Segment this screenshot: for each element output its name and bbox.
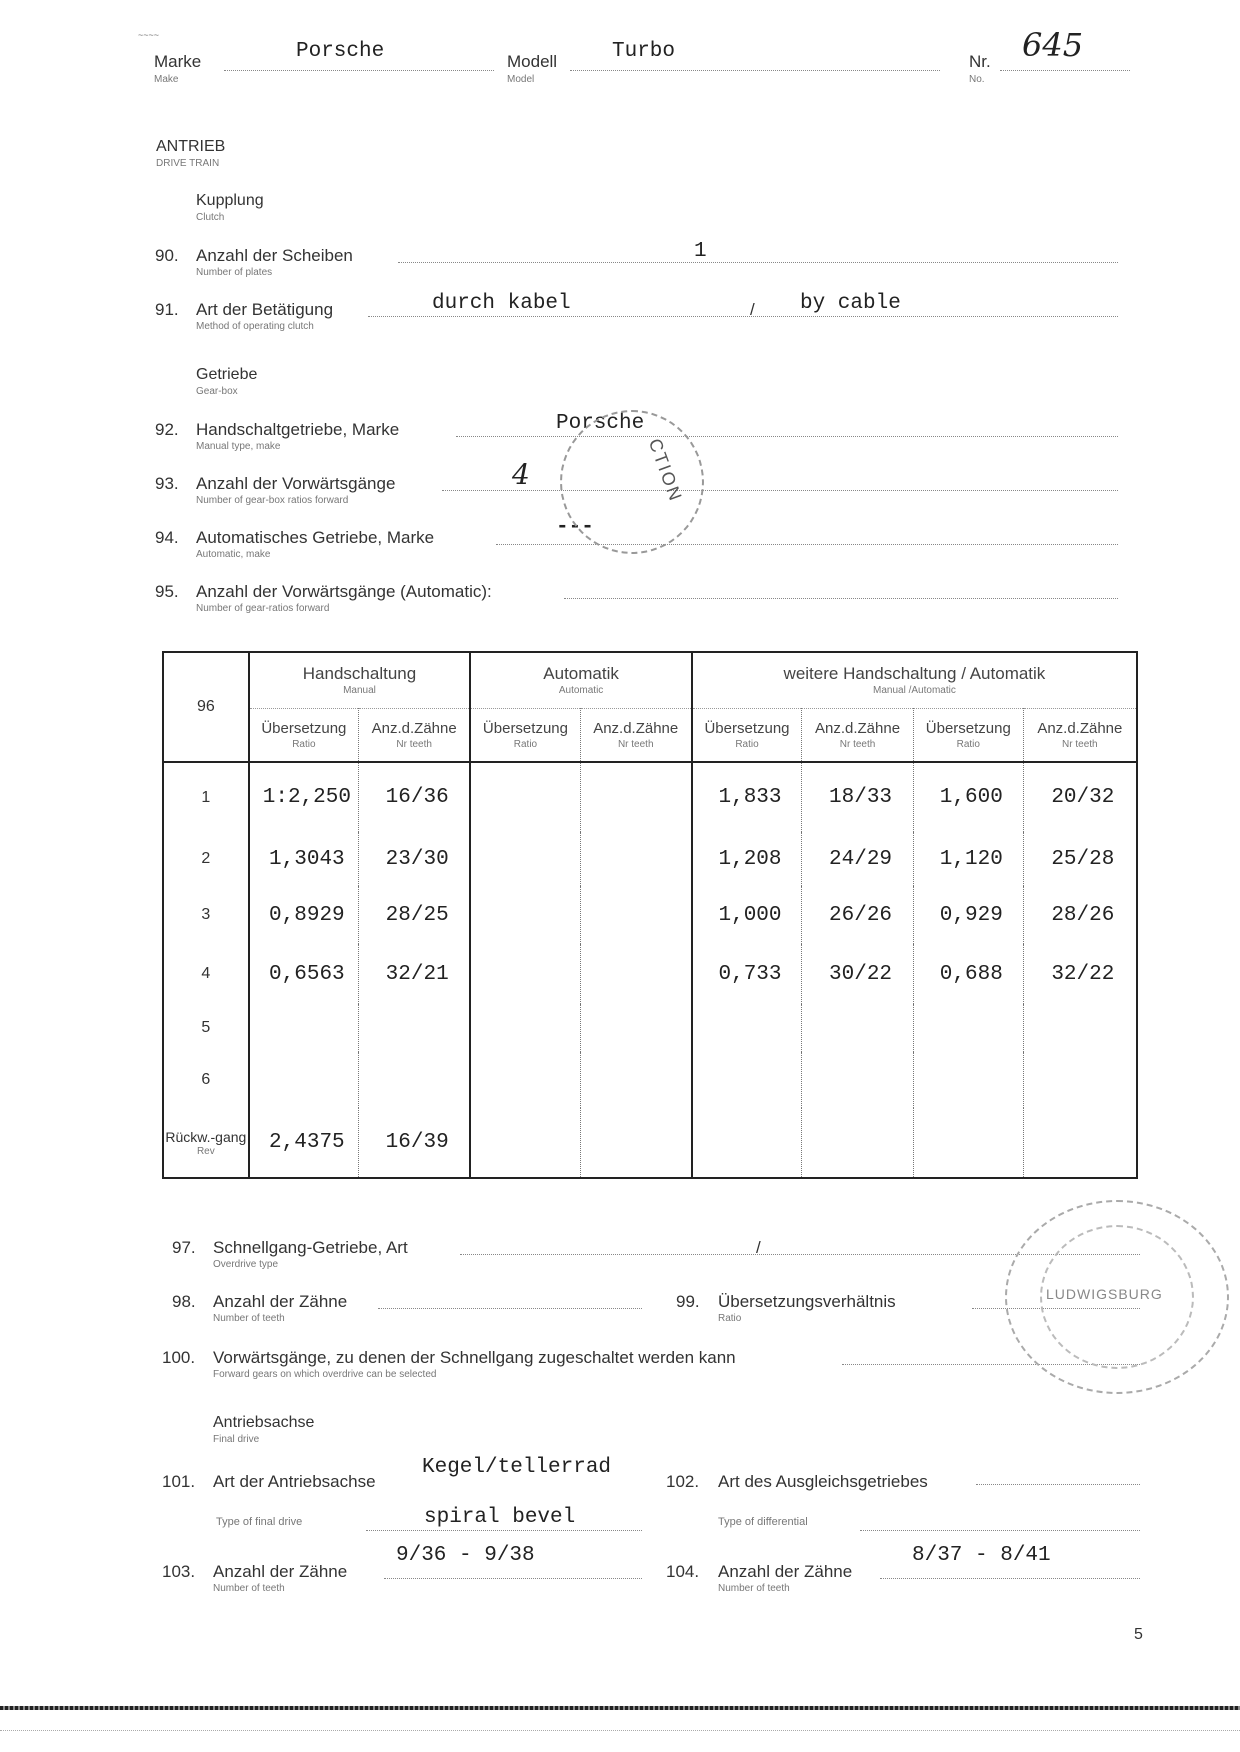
teeth-cell: 28/26 xyxy=(1023,886,1137,944)
ratio-cell: 0,6563 xyxy=(249,944,359,1004)
item-102-sublabel: Type of differential xyxy=(718,1516,808,1528)
group-automatic-label: Automatik xyxy=(543,664,619,683)
teeth-cell xyxy=(359,1004,471,1052)
group-header-automatic: Automatik Automatic xyxy=(470,652,692,708)
table-row: Rückw.-gangRev2,437516/39 xyxy=(163,1108,1137,1178)
item-104-number: 104. xyxy=(666,1562,699,1582)
make-label: Marke xyxy=(154,52,201,72)
item-98-label: Anzahl der Zähne xyxy=(213,1292,347,1312)
item-93-field-line xyxy=(442,490,1118,491)
item-101-value: Kegel/tellerrad xyxy=(422,1456,611,1479)
ratio-cell: 1,120 xyxy=(913,832,1023,886)
teeth-cell: 28/25 xyxy=(359,886,471,944)
item-104-sublabel: Number of teeth xyxy=(718,1583,790,1594)
gear-label: 1 xyxy=(163,762,249,832)
teeth-cell xyxy=(580,886,692,944)
item-99-label: Übersetzungsverhältnis xyxy=(718,1292,896,1312)
col-ratio-header: Übersetzung xyxy=(926,720,1011,737)
item-99-number: 99. xyxy=(676,1292,700,1312)
item-94-sublabel: Automatic, make xyxy=(196,549,270,560)
authority-stamp-text: LUDWIGSBURG xyxy=(1046,1286,1163,1302)
table-item-number: 96 xyxy=(163,652,249,762)
item-93-sublabel: Number of gear-box ratios forward xyxy=(196,495,348,506)
item-101-number: 101. xyxy=(162,1472,195,1492)
ratio-cell: 1,000 xyxy=(692,886,802,944)
item-101-label: Art der Antriebsachse xyxy=(213,1472,376,1492)
teeth-cell xyxy=(580,1108,692,1178)
ratio-cell: 0,929 xyxy=(913,886,1023,944)
ratio-cell: 0,688 xyxy=(913,944,1023,1004)
item-94-number: 94. xyxy=(155,528,179,548)
clutch-title: Kupplung xyxy=(196,192,264,210)
ratio-cell: 0,8929 xyxy=(249,886,359,944)
item-93-value: 4 xyxy=(512,458,530,491)
gear-label-text: 5 xyxy=(201,1019,210,1036)
gear-ratio-table: 96 Handschaltung Manual Automatik Automa… xyxy=(162,651,1138,1179)
make-field-line xyxy=(224,70,494,71)
table-row: 5 xyxy=(163,1004,1137,1052)
col-teeth-header: Anz.d.Zähne xyxy=(1037,720,1122,737)
number-sublabel: No. xyxy=(969,74,985,85)
model-sublabel: Model xyxy=(507,74,534,85)
item-103-value: 9/36 - 9/38 xyxy=(396,1544,535,1567)
number-field-line xyxy=(1000,70,1130,71)
number-label: Nr. xyxy=(969,52,991,72)
ratio-cell xyxy=(470,762,580,832)
ratio-cell xyxy=(692,1004,802,1052)
item-91-number: 91. xyxy=(155,300,179,320)
gear-label-text: 3 xyxy=(201,906,210,923)
teeth-cell: 18/33 xyxy=(802,762,914,832)
item-101-sublabel: Type of final drive xyxy=(216,1516,302,1528)
gear-label-text: 6 xyxy=(201,1071,210,1088)
item-103-number: 103. xyxy=(162,1562,195,1582)
item-102-field-line-2 xyxy=(860,1530,1140,1531)
teeth-cell xyxy=(580,832,692,886)
ratio-cell: 1,833 xyxy=(692,762,802,832)
gear-label-sub: Rev xyxy=(164,1146,248,1157)
col-teeth-sub: Nr teeth xyxy=(581,739,691,750)
gear-label-text: 2 xyxy=(201,850,210,867)
col-teeth-sub: Nr teeth xyxy=(359,739,469,750)
model-field-line xyxy=(570,70,940,71)
item-90-sublabel: Number of plates xyxy=(196,267,272,278)
col-ratio-sub: Ratio xyxy=(914,739,1023,750)
ratio-cell: 1,600 xyxy=(913,762,1023,832)
col-ratio-sub: Ratio xyxy=(471,739,579,750)
teeth-cell xyxy=(580,1004,692,1052)
ratio-cell xyxy=(470,1004,580,1052)
item-100-number: 100. xyxy=(162,1348,195,1368)
inspection-stamp xyxy=(560,410,704,554)
item-91-separator: / xyxy=(750,300,755,320)
ratio-cell xyxy=(249,1052,359,1108)
item-103-field-line xyxy=(384,1578,642,1579)
corner-mark: ~~~~ xyxy=(138,30,159,40)
col-ratio-header: Übersetzung xyxy=(261,720,346,737)
teeth-cell xyxy=(580,1052,692,1108)
item-93-number: 93. xyxy=(155,474,179,494)
gear-label: 3 xyxy=(163,886,249,944)
col-teeth-sub: Nr teeth xyxy=(802,739,913,750)
scan-edge-bar xyxy=(0,1706,1240,1710)
final-drive-title: Antriebsachse xyxy=(213,1414,314,1432)
ratio-cell xyxy=(470,1108,580,1178)
column-header-row: ÜbersetzungRatio Anz.d.ZähneNr teeth Übe… xyxy=(163,708,1137,762)
gearbox-title: Getriebe xyxy=(196,366,257,384)
item-98-sublabel: Number of teeth xyxy=(213,1313,285,1324)
item-90-number: 90. xyxy=(155,246,179,266)
model-label: Modell xyxy=(507,52,557,72)
teeth-cell: 25/28 xyxy=(1023,832,1137,886)
model-value: Turbo xyxy=(612,40,675,63)
item-97-label: Schnellgang-Getriebe, Art xyxy=(213,1238,408,1258)
group-header-manual: Handschaltung Manual xyxy=(249,652,471,708)
item-91-field-line xyxy=(368,316,1118,317)
scan-edge-line xyxy=(0,1730,1240,1731)
number-value: 645 xyxy=(1022,26,1083,64)
teeth-cell: 26/26 xyxy=(802,886,914,944)
gear-label: 6 xyxy=(163,1052,249,1108)
teeth-cell: 32/22 xyxy=(1023,944,1137,1004)
gear-label-text: Rückw.-gang xyxy=(165,1129,246,1145)
ratio-cell: 1,3043 xyxy=(249,832,359,886)
ratio-cell: 1,208 xyxy=(692,832,802,886)
section-title: ANTRIEB xyxy=(156,138,225,156)
gear-label: 4 xyxy=(163,944,249,1004)
col-teeth-header: Anz.d.Zähne xyxy=(815,720,900,737)
teeth-cell: 23/30 xyxy=(359,832,471,886)
ratio-cell xyxy=(913,1004,1023,1052)
gear-label-text: 1 xyxy=(201,789,210,806)
col-ratio-sub: Ratio xyxy=(693,739,801,750)
item-103-sublabel: Number of teeth xyxy=(213,1583,285,1594)
group-automatic-sublabel: Automatic xyxy=(471,685,691,696)
section-subtitle: DRIVE TRAIN xyxy=(156,158,219,169)
teeth-cell: 20/32 xyxy=(1023,762,1137,832)
teeth-cell xyxy=(1023,1108,1137,1178)
item-98-field-line xyxy=(378,1308,642,1309)
item-90-field-line xyxy=(398,262,1118,263)
teeth-cell: 16/36 xyxy=(359,762,471,832)
gear-label-text: 4 xyxy=(201,965,210,982)
clutch-subtitle: Clutch xyxy=(196,212,224,223)
table-row: 30,892928/251,00026/260,92928/26 xyxy=(163,886,1137,944)
item-90-label: Anzahl der Scheiben xyxy=(196,246,353,266)
teeth-cell xyxy=(1023,1004,1137,1052)
group-further-label: weitere Handschaltung / Automatik xyxy=(784,664,1046,683)
teeth-cell xyxy=(359,1052,471,1108)
item-91-label: Art der Betätigung xyxy=(196,300,333,320)
ratio-cell xyxy=(913,1108,1023,1178)
teeth-cell xyxy=(580,762,692,832)
teeth-cell: 30/22 xyxy=(802,944,914,1004)
gear-label: 2 xyxy=(163,832,249,886)
item-102-label: Art des Ausgleichsgetriebes xyxy=(718,1472,928,1492)
col-teeth-header: Anz.d.Zähne xyxy=(593,720,678,737)
item-97-sublabel: Overdrive type xyxy=(213,1259,278,1270)
item-95-field-line xyxy=(564,598,1118,599)
item-92-number: 92. xyxy=(155,420,179,440)
item-95-sublabel: Number of gear-ratios forward xyxy=(196,603,329,614)
col-ratio-sub: Ratio xyxy=(250,739,358,750)
group-further-sublabel: Manual /Automatic xyxy=(693,685,1136,696)
item-97-separator: / xyxy=(756,1238,761,1258)
ratio-cell xyxy=(470,944,580,1004)
item-104-field-line xyxy=(880,1578,1140,1579)
teeth-cell xyxy=(1023,1052,1137,1108)
item-91-value2: by cable xyxy=(800,292,901,315)
item-90-value: 1 xyxy=(694,240,707,263)
ratio-cell xyxy=(470,886,580,944)
item-95-label: Anzahl der Vorwärtsgänge (Automatic): xyxy=(196,582,492,602)
table-row: 40,656332/210,73330/220,68832/22 xyxy=(163,944,1137,1004)
item-101-field-line xyxy=(366,1530,642,1531)
ratio-cell xyxy=(692,1052,802,1108)
item-99-sublabel: Ratio xyxy=(718,1313,741,1324)
item-91-sublabel: Method of operating clutch xyxy=(196,321,314,332)
item-101-value2: spiral bevel xyxy=(424,1506,575,1529)
group-manual-label: Handschaltung xyxy=(303,664,416,683)
teeth-cell: 16/39 xyxy=(359,1108,471,1178)
item-104-label: Anzahl der Zähne xyxy=(718,1562,852,1582)
ratio-cell xyxy=(470,1052,580,1108)
col-teeth-header: Anz.d.Zähne xyxy=(372,720,457,737)
item-92-field-line xyxy=(456,436,1118,437)
teeth-cell xyxy=(802,1004,914,1052)
table-row: 21,304323/301,20824/291,12025/28 xyxy=(163,832,1137,886)
item-93-label: Anzahl der Vorwärtsgänge xyxy=(196,474,395,494)
col-ratio-header: Übersetzung xyxy=(704,720,789,737)
ratio-cell xyxy=(913,1052,1023,1108)
col-ratio-header: Übersetzung xyxy=(483,720,568,737)
group-manual-sublabel: Manual xyxy=(250,685,470,696)
item-102-number: 102. xyxy=(666,1472,699,1492)
item-94-label: Automatisches Getriebe, Marke xyxy=(196,528,434,548)
ratio-cell xyxy=(470,832,580,886)
item-95-number: 95. xyxy=(155,582,179,602)
ratio-cell: 1:2,250 xyxy=(249,762,359,832)
page-number: 5 xyxy=(1134,1626,1143,1644)
item-92-label: Handschaltgetriebe, Marke xyxy=(196,420,399,440)
teeth-cell: 32/21 xyxy=(359,944,471,1004)
gear-label: 5 xyxy=(163,1004,249,1052)
gearbox-subtitle: Gear-box xyxy=(196,386,238,397)
item-91-value: durch kabel xyxy=(432,292,571,315)
item-98-number: 98. xyxy=(172,1292,196,1312)
group-header-further: weitere Handschaltung / Automatik Manual… xyxy=(692,652,1137,708)
ratio-cell: 0,733 xyxy=(692,944,802,1004)
teeth-cell xyxy=(802,1108,914,1178)
make-sublabel: Make xyxy=(154,74,178,85)
ratio-cell: 2,4375 xyxy=(249,1108,359,1178)
item-94-field-line xyxy=(496,544,1118,545)
item-100-label: Vorwärtsgänge, zu denen der Schnellgang … xyxy=(213,1348,736,1368)
item-102-field-line xyxy=(976,1484,1140,1485)
ratio-cell xyxy=(692,1108,802,1178)
make-value: Porsche xyxy=(296,40,384,63)
item-103-label: Anzahl der Zähne xyxy=(213,1562,347,1582)
gear-label: Rückw.-gangRev xyxy=(163,1108,249,1178)
teeth-cell xyxy=(802,1052,914,1108)
item-97-number: 97. xyxy=(172,1238,196,1258)
item-104-value: 8/37 - 8/41 xyxy=(912,1544,1051,1567)
ratio-cell xyxy=(249,1004,359,1052)
final-drive-subtitle: Final drive xyxy=(213,1434,259,1445)
item-100-sublabel: Forward gears on which overdrive can be … xyxy=(213,1369,436,1380)
table-row: 6 xyxy=(163,1052,1137,1108)
teeth-cell xyxy=(580,944,692,1004)
table-row: 11:2,25016/361,83318/331,60020/32 xyxy=(163,762,1137,832)
item-92-sublabel: Manual type, make xyxy=(196,441,281,452)
col-teeth-sub: Nr teeth xyxy=(1024,739,1136,750)
teeth-cell: 24/29 xyxy=(802,832,914,886)
